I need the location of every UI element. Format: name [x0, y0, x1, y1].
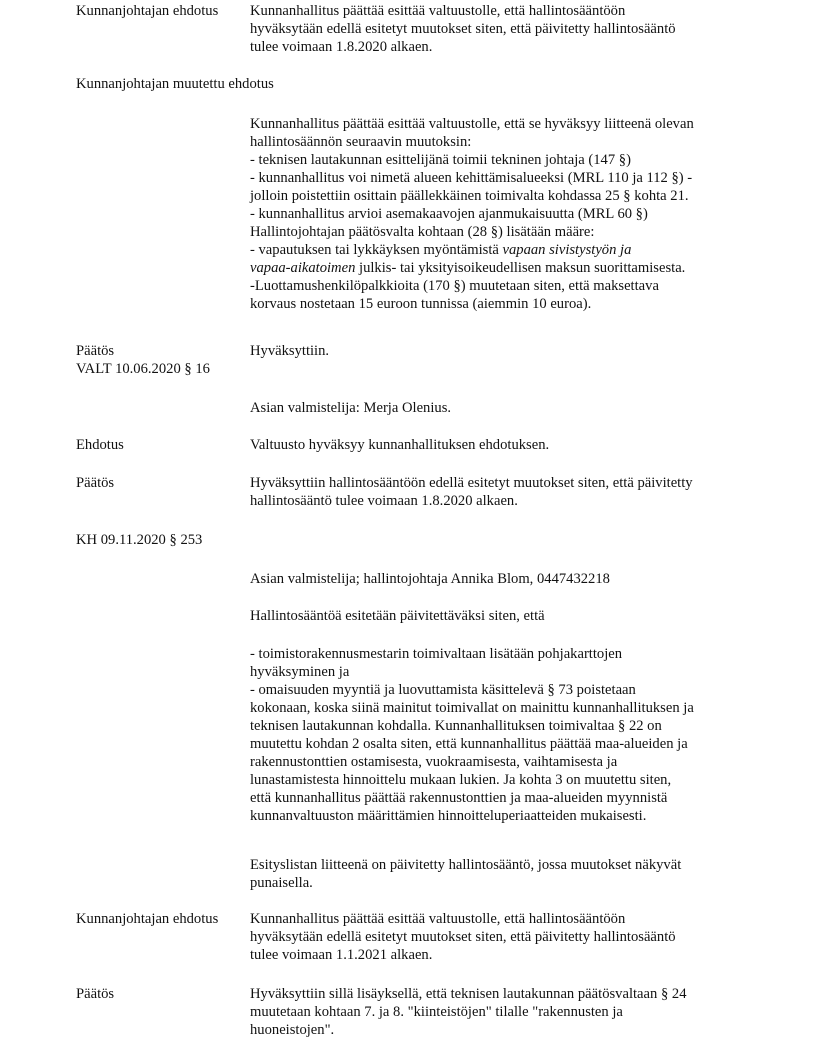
text-line: Esityslistan liitteenä on päivitetty hal… [250, 856, 750, 874]
text-line: korvaus nostetaan 15 euroon tunnissa (ai… [250, 295, 750, 313]
section-body: Hyväksyttiin hallintosääntöön edellä esi… [250, 474, 750, 510]
text-line: että kunnanhallitus päättää rakennustont… [250, 789, 750, 807]
preparer-text: Asian valmistelija: Merja Olenius. [250, 399, 750, 417]
section-body: Valtuusto hyväksyy kunnanhallituksen ehd… [250, 436, 750, 454]
text-line: Hyväksyttiin. [250, 342, 750, 360]
text-line: rakennustonttien ostamisesta, vuokraamis… [250, 753, 750, 771]
text-line: muutettu kohdan 2 osalta siten, että kun… [250, 735, 750, 753]
section-label: Ehdotus [76, 436, 250, 454]
attachment-note: Esityslistan liitteenä on päivitetty hal… [250, 856, 750, 892]
text-line: teknisen lautakunnan kohdalla. Kunnanhal… [250, 717, 750, 735]
section-body: Kunnanhallitus päättää esittää valtuusto… [250, 115, 750, 313]
label-line: Päätös [76, 342, 250, 360]
meeting-reference: KH 09.11.2020 § 253 [76, 531, 202, 549]
italic-text: vapaan sivistystyön ja [503, 242, 632, 258]
section-label: Kunnanjohtajan ehdotus [76, 910, 250, 928]
text-line: Hyväksyttiin hallintosääntöön edellä esi… [250, 474, 750, 492]
section-body: Kunnanhallitus päättää esittää valtuusto… [250, 910, 750, 964]
text-run: - vapautuksen tai lykkäyksen myöntämistä [250, 242, 503, 258]
text-line: Hallintojohtajan päätösvalta kohtaan (28… [250, 223, 750, 241]
text-line: hyväksytään edellä esitetyt muutokset si… [250, 928, 750, 946]
text-line: huoneistojen". [250, 1021, 750, 1039]
section-body: Hyväksyttiin sillä lisäyksellä, että tek… [250, 985, 750, 1039]
text-line: - kunnanhallitus voi nimetä alueen kehit… [250, 169, 750, 187]
text-line: Kunnanhallitus päättää esittää valtuusto… [250, 910, 750, 928]
text-line: kokonaan, koska siinä mainitut toimivall… [250, 699, 750, 717]
text-line: lunastamistesta hinnoittelu mukaan lukie… [250, 771, 750, 789]
text-line: Hyväksyttiin sillä lisäyksellä, että tek… [250, 985, 750, 1003]
section-heading: Kunnanjohtajan muutettu ehdotus [76, 75, 274, 93]
section-body: Kunnanhallitus päättää esittää valtuusto… [250, 2, 750, 56]
intro-text: Hallintosääntöä esitetään päivitettäväks… [250, 607, 750, 625]
text-line: - omaisuuden myyntiä ja luovuttamista kä… [250, 681, 750, 699]
section-label: Kunnanjohtajan ehdotus [76, 2, 250, 20]
section-body: - toimistorakennusmestarin toimivaltaan … [250, 645, 750, 825]
text-line: hyväksyminen ja [250, 663, 750, 681]
meeting-reference: VALT 10.06.2020 § 16 [76, 360, 250, 378]
text-line: - teknisen lautakunnan esittelijänä toim… [250, 151, 750, 169]
text-line: hallintosäännön seuraavin muutoksin: [250, 133, 750, 151]
text-line: vapaa-aikatoimen julkis- tai yksityisoik… [250, 259, 750, 277]
preparer-text: Asian valmistelija; hallintojohtaja Anni… [250, 570, 750, 588]
document-page: Kunnanjohtajan ehdotus Kunnanhallitus pä… [0, 0, 816, 1056]
text-line: muutetaan kohtaan 7. ja 8. "kiinteistöje… [250, 1003, 750, 1021]
text-line: tulee voimaan 1.8.2020 alkaen. [250, 38, 750, 56]
text-line: jolloin poistettiin osittain päällekkäin… [250, 187, 750, 205]
text-line: - vapautuksen tai lykkäyksen myöntämistä… [250, 241, 750, 259]
text-line: - kunnanhallitus arvioi asemakaavojen aj… [250, 205, 750, 223]
text-line: Kunnanhallitus päättää esittää valtuusto… [250, 115, 750, 133]
text-run: julkis- tai yksityisoikeudellisen maksun… [355, 260, 685, 276]
text-line: punaisella. [250, 874, 750, 892]
italic-text: vapaa-aikatoimen [250, 260, 355, 276]
section-label: Päätös [76, 985, 250, 1003]
text-line: -Luottamushenkilöpalkkioita (170 §) muut… [250, 277, 750, 295]
text-line: hyväksytään edellä esitetyt muutokset si… [250, 20, 750, 38]
text-line: Kunnanhallitus päättää esittää valtuusto… [250, 2, 750, 20]
section-label: Päätös [76, 474, 250, 492]
text-line: - toimistorakennusmestarin toimivaltaan … [250, 645, 750, 663]
section-body: Hyväksyttiin. [250, 342, 750, 360]
section-label: Päätös VALT 10.06.2020 § 16 [76, 342, 250, 378]
text-line: hallintosääntö tulee voimaan 1.8.2020 al… [250, 492, 750, 510]
text-line: kunnanvaltuuston määrittämien hinnoittel… [250, 807, 750, 825]
text-line: tulee voimaan 1.1.2021 alkaen. [250, 946, 750, 964]
